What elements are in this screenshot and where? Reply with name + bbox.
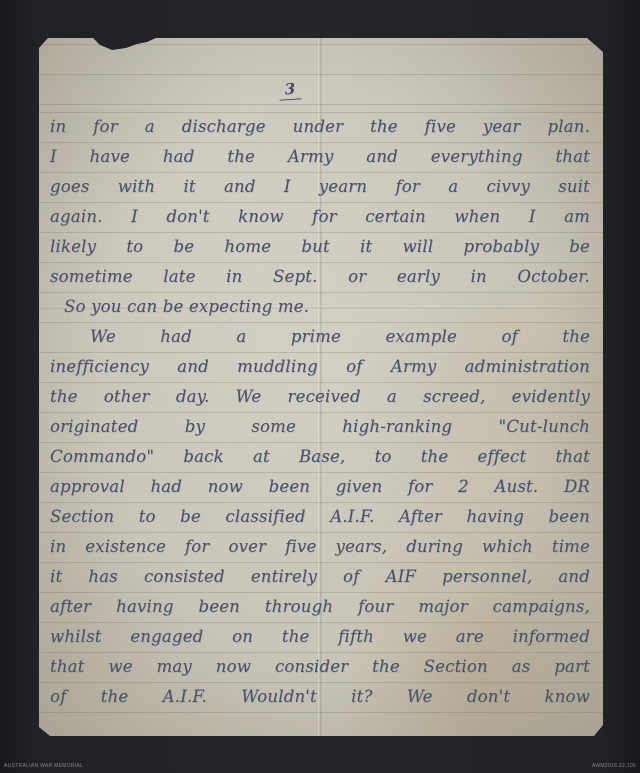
letter-line: in for a discharge under the five year p… <box>50 112 590 142</box>
letter-page: 3 in for a discharge under the five year… <box>39 38 603 736</box>
letter-line: So you can be expecting me. <box>50 292 590 322</box>
letter-line: sometime late in Sept. or early in Octob… <box>50 262 590 292</box>
letter-line: Section to be classified A.I.F. After ha… <box>50 502 590 532</box>
page-number: 3 <box>278 79 301 100</box>
archive-accession-number: AWM2016.22.105 <box>592 763 636 769</box>
letter-line: We had a prime example of the <box>50 322 590 352</box>
letter-line: goes with it and I yearn for a civvy sui… <box>50 172 590 202</box>
letter-line: it has consisted entirely of AIF personn… <box>50 562 590 592</box>
letter-line: after having been through four major cam… <box>50 592 590 622</box>
letter-line: inefficiency and muddling of Army admini… <box>50 352 590 382</box>
letter-line: whilst engaged on the fifth we are infor… <box>50 622 590 652</box>
letter-line: in existence for over five years, during… <box>50 532 590 562</box>
scan-background: 3 in for a discharge under the five year… <box>0 0 640 773</box>
letter-body: in for a discharge under the five year p… <box>50 112 590 712</box>
letter-line: the other day. We received a screed, evi… <box>50 382 590 412</box>
letter-line: originated by some high-ranking "Cut-lun… <box>50 412 590 442</box>
letter-line: I have had the Army and everything that <box>50 142 590 172</box>
letter-line: Commando" back at Base, to the effect th… <box>50 442 590 472</box>
letter-line: of the A.I.F. Wouldn't it? We don't know <box>50 682 590 712</box>
letter-line: that we may now consider the Section as … <box>50 652 590 682</box>
archive-watermark-left: AUSTRALIAN WAR MEMORIAL <box>4 763 83 769</box>
letter-line: approval had now been given for 2 Aust. … <box>50 472 590 502</box>
letter-line: likely to be home but it will probably b… <box>50 232 590 262</box>
letter-line: again. I don't know for certain when I a… <box>50 202 590 232</box>
